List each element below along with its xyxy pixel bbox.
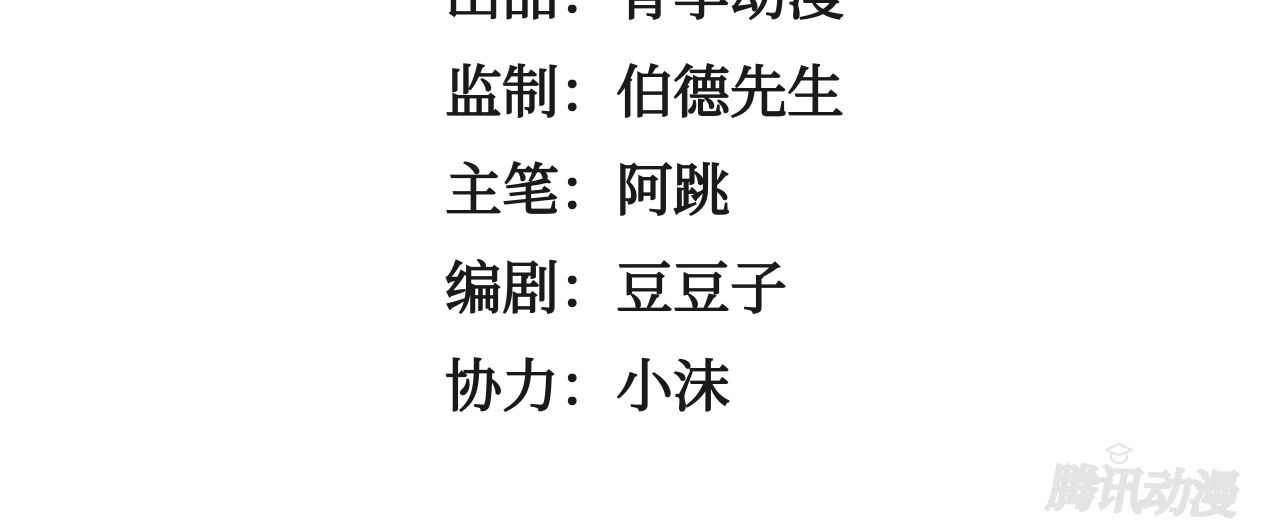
- credit-row-artist: 主笔：阿跳: [445, 142, 844, 240]
- credits-block: 出品：青季动漫 监制：伯德先生 主笔：阿跳 编剧：豆豆子 协力：小沫: [445, 0, 844, 436]
- credit-row-producer: 出品：青季动漫: [445, 0, 844, 44]
- tencent-comics-watermark: 腾讯动漫: [1050, 446, 1275, 526]
- credit-row-supervisor: 监制：伯德先生: [445, 44, 844, 142]
- credit-row-assistant: 协力：小沫: [445, 338, 844, 436]
- tencent-comics-logo-text: 腾讯动漫: [1043, 450, 1244, 528]
- credit-row-writer: 编剧：豆豆子: [445, 240, 844, 338]
- graduation-cap-icon: [1102, 442, 1136, 464]
- comic-credits-page: { "page": { "background_color": "#ffffff…: [0, 0, 1280, 532]
